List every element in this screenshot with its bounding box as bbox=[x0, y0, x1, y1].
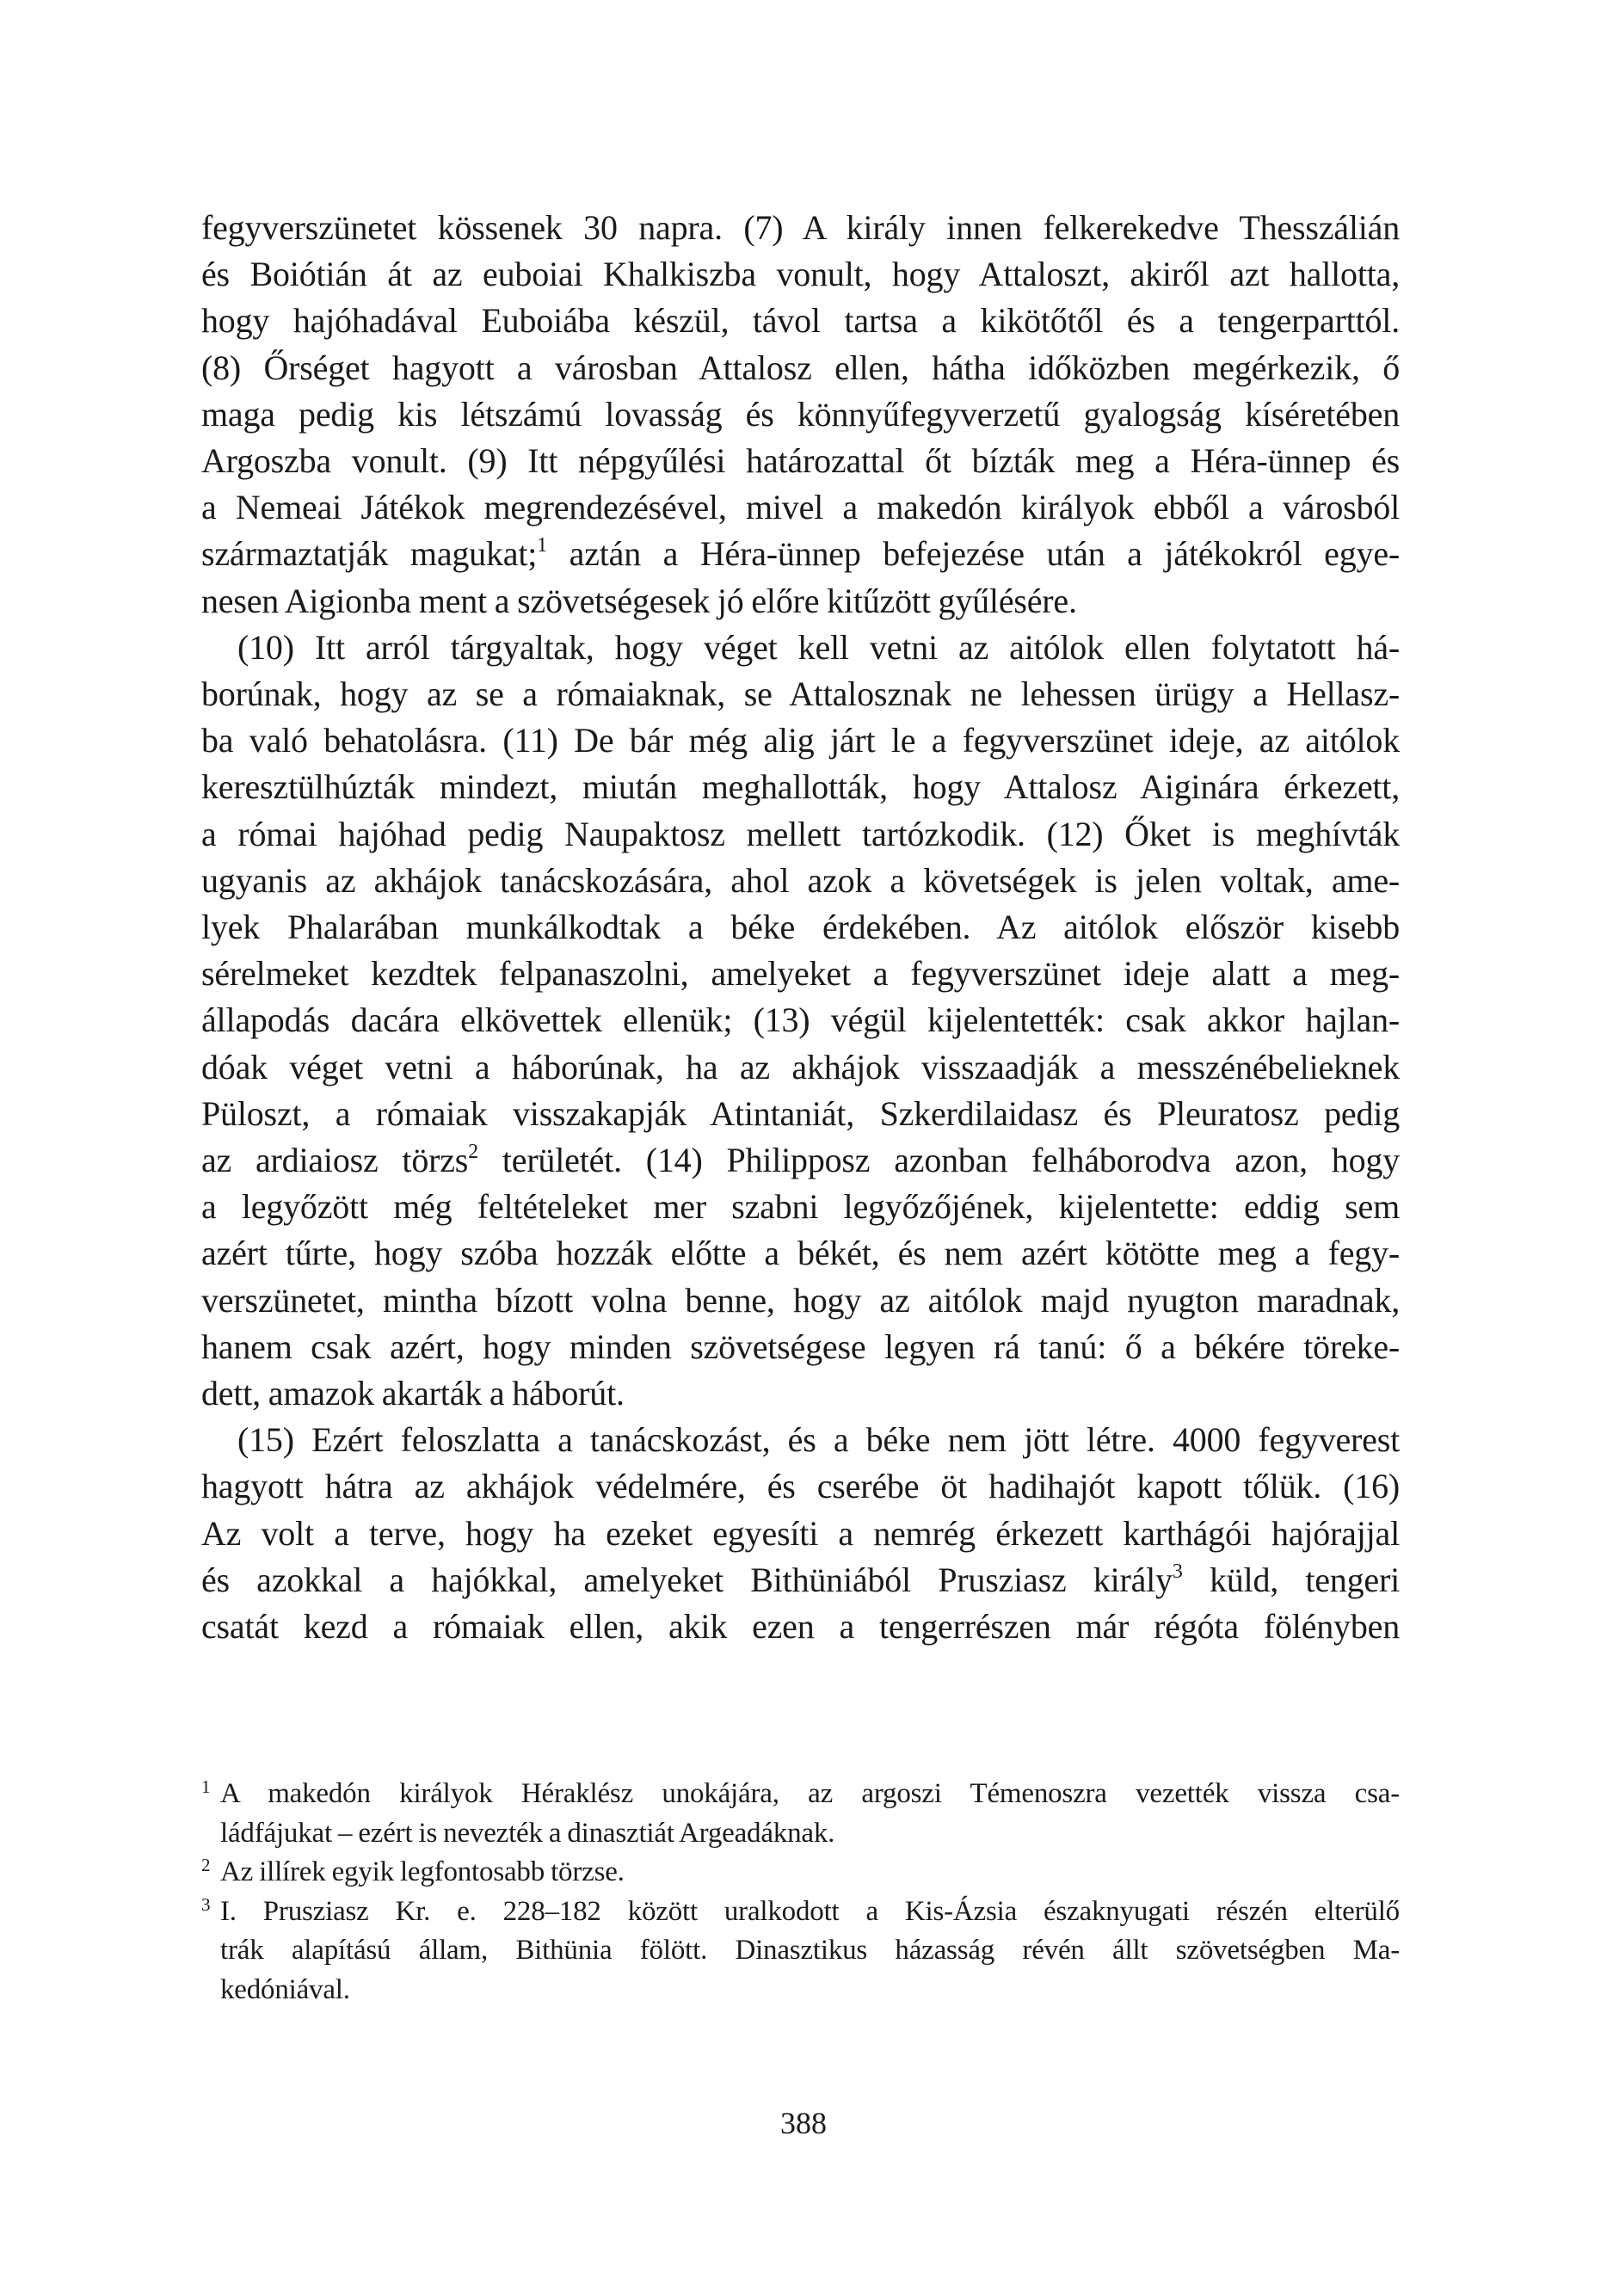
footnote-ref-3[interactable]: 3 bbox=[1173, 1560, 1183, 1583]
text-line: sérelmeket kezdtek felpanaszolni, amelye… bbox=[201, 951, 1400, 997]
footnote-line: trák alapítású állam, Bithünia fölött. D… bbox=[220, 1931, 1400, 1971]
footnote-1: 1 A makedón királyok Héraklész unokájára… bbox=[201, 1775, 1400, 1853]
text-line: az ardiaiosz törzs2 területét. (14) Phil… bbox=[201, 1137, 1400, 1184]
text-line: és azokkal a hajókkal, amelyeket Bithüni… bbox=[201, 1557, 1400, 1604]
footnote-line: I. Prusziasz Kr. e. 228–182 között uralk… bbox=[220, 1893, 1400, 1932]
text-line: Argoszba vonult. (9) Itt népgyűlési hatá… bbox=[201, 438, 1400, 484]
footnotes: 1 A makedón királyok Héraklész unokájára… bbox=[201, 1775, 1400, 2010]
text-line: dett, amazok akarták a háborút. bbox=[201, 1370, 1400, 1417]
text-line: lyek Phalarában munkálkodtak a béke érde… bbox=[201, 904, 1400, 951]
page-number: 388 bbox=[0, 2106, 1607, 2140]
text-line: ugyanis az akhájok tanácskozására, ahol … bbox=[201, 858, 1400, 904]
text-line: származtatják magukat;1 aztán a Héra-ünn… bbox=[201, 531, 1400, 577]
text-line: borúnak, hogy az se a rómaiaknak, se Att… bbox=[201, 671, 1400, 717]
footnote-2: 2 Az illírek egyik legfontosabb törzse. bbox=[201, 1853, 1400, 1893]
text-line: hagyott hátra az akhájok védelmére, és c… bbox=[201, 1463, 1400, 1510]
text-line: a római hajóhad pedig Naupaktosz mellett… bbox=[201, 811, 1400, 858]
footnote-line: A makedón királyok Héraklész unokájára, … bbox=[220, 1775, 1400, 1814]
text-line: (10) Itt arról tárgyaltak, hogy véget ke… bbox=[201, 625, 1400, 671]
main-text: fegyverszünetet kössenek 30 napra. (7) A… bbox=[201, 205, 1400, 1650]
footnote-line: ládfájukat – ezért is nevezték a dinaszt… bbox=[220, 1814, 1400, 1854]
text-line: állapodás dacára elkövettek ellenük; (13… bbox=[201, 997, 1400, 1043]
text-line: nesen Aigionba ment a szövetségesek jó e… bbox=[201, 578, 1400, 625]
text-line: hanem csak azért, hogy minden szövetsége… bbox=[201, 1324, 1400, 1370]
book-page: fegyverszünetet kössenek 30 napra. (7) A… bbox=[0, 0, 1607, 2296]
footnote-line: kedóniával. bbox=[220, 1971, 1400, 2010]
paragraph: fegyverszünetet kössenek 30 napra. (7) A… bbox=[201, 205, 1400, 625]
paragraph: (15) Ezért feloszlatta a tanácskozást, é… bbox=[201, 1417, 1400, 1650]
text-line: verszünetet, mintha bízott volna benne, … bbox=[201, 1277, 1400, 1324]
footnote-number: 3 bbox=[201, 1886, 210, 1925]
text-line: dóak véget vetni a háborúnak, ha az akhá… bbox=[201, 1044, 1400, 1091]
text-line: a legyőzött még feltételeket mer szabni … bbox=[201, 1184, 1400, 1230]
text-line: és Boiótián át az euboiai Khalkiszba von… bbox=[201, 251, 1400, 298]
footnote-line: Az illírek egyik legfontosabb törzse. bbox=[220, 1853, 1400, 1893]
text-line: fegyverszünetet kössenek 30 napra. (7) A… bbox=[201, 205, 1400, 251]
text-line: (15) Ezért feloszlatta a tanácskozást, é… bbox=[201, 1417, 1400, 1463]
footnote-ref-1[interactable]: 1 bbox=[537, 534, 547, 557]
text-line: keresztülhúzták mindezt, miután meghallo… bbox=[201, 764, 1400, 810]
footnote-number: 2 bbox=[201, 1846, 210, 1886]
text-line: Püloszt, a rómaiak visszakapják Atintani… bbox=[201, 1091, 1400, 1137]
footnote-number: 1 bbox=[201, 1768, 210, 1807]
text-line: (8) Őrséget hagyott a városban Attalosz … bbox=[201, 345, 1400, 391]
paragraph: (10) Itt arról tárgyaltak, hogy véget ke… bbox=[201, 625, 1400, 1417]
text-line: azért tűrte, hogy szóba hozzák előtte a … bbox=[201, 1230, 1400, 1277]
text-line: hogy hajóhadával Euboiába készül, távol … bbox=[201, 298, 1400, 344]
text-line: Az volt a terve, hogy ha ezeket egyesíti… bbox=[201, 1511, 1400, 1557]
text-line: a Nemeai Játékok megrendezésével, mivel … bbox=[201, 484, 1400, 531]
footnote-ref-2[interactable]: 2 bbox=[468, 1141, 478, 1163]
footnote-3: 3 I. Prusziasz Kr. e. 228–182 között ura… bbox=[201, 1893, 1400, 2010]
text-line: ba való behatolásra. (11) De bár még ali… bbox=[201, 717, 1400, 764]
text-line: maga pedig kis létszámú lovasság és könn… bbox=[201, 391, 1400, 438]
text-line: csatát kezd a rómaiak ellen, akik ezen a… bbox=[201, 1604, 1400, 1650]
